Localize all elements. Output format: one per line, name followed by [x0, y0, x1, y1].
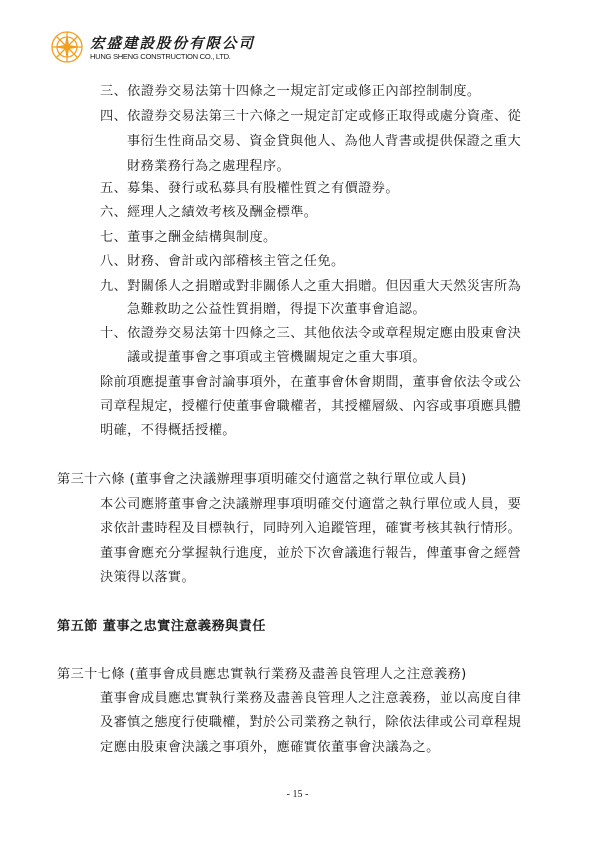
text-line: 八、財務、會計或內部稽核主管之任免。	[100, 253, 345, 271]
section-heading: 第五節 董事之忠實注意義務與責任	[57, 618, 266, 636]
text-line: 求依計畫時程及目標執行，同時列入追蹤管理，確實考核其執行情形。	[100, 520, 521, 538]
text-line: 九、對關係人之捐贈或對非關係人之重大捐贈。但因重大天然災害所為	[100, 278, 521, 296]
text-line: 四、依證券交易法第三十六條之一規定訂定或修正取得或處分資產、從	[100, 108, 521, 126]
text-line: 財務業務行為之處理程序。	[127, 158, 290, 176]
text-line: 第三十六條 (董事會之決議辦理事項明確交付適當之執行單位或人員)	[57, 471, 467, 489]
company-name-chinese: 宏盛建設股份有限公司	[90, 32, 255, 53]
text-line: 本公司應將董事會之決議辦理事項明確交付適當之執行單位或人員，要	[100, 496, 521, 514]
text-line: 除前項應提董事會討論事項外，在董事會休會期間，董事會依法令或公	[100, 374, 521, 392]
text-line: 六、經理人之績效考核及酬金標準。	[100, 204, 317, 222]
text-line: 董事會成員應忠實執行業務及盡善良管理人之注意義務，並以高度自律	[100, 690, 521, 708]
text-line: 第三十七條 (董事會成員應忠實執行業務及盡善良管理人之注意義務)	[57, 666, 467, 684]
text-line: 議或提董事會之事項或主管機關規定之重大事項。	[127, 349, 426, 367]
text-line: 定應由股東會決議之事項外，應確實依董事會決議為之。	[100, 739, 440, 757]
text-line: 及審慎之態度行使職權，對於公司業務之執行，除依法律或公司章程規	[100, 714, 521, 732]
text-line: 五、募集、發行或私募具有股權性質之有價證券。	[100, 180, 399, 198]
text-line: 司章程規定，授權行使董事會職權者，其授權層級、內容或事項應具體	[100, 398, 521, 416]
compass-rose-logo-icon	[50, 30, 84, 64]
text-line: 明確，不得概括授權。	[100, 422, 236, 440]
company-name-english: HUNG SHENG CONSTRUCTION CO., LTD.	[90, 52, 231, 61]
text-line: 七、董事之酬金結構與制度。	[100, 229, 277, 247]
text-line: 董事會應充分掌握執行進度，並於下次會議進行報告，俾董事會之經營	[100, 545, 521, 563]
text-line: 十、依證券交易法第十四條之三、其他依法令或章程規定應由股東會決	[100, 325, 521, 343]
text-line: 三、依證券交易法第十四條之一規定訂定或修正內部控制制度。	[100, 83, 480, 101]
text-line: 決策得以落實。	[100, 569, 195, 587]
page-number: - 15 -	[0, 789, 595, 800]
text-line: 急難救助之公益性質捐贈，得提下次董事會追認。	[127, 301, 426, 319]
text-line: 事衍生性商品交易、資金貸與他人、為他人背書或提供保證之重大	[127, 133, 521, 151]
